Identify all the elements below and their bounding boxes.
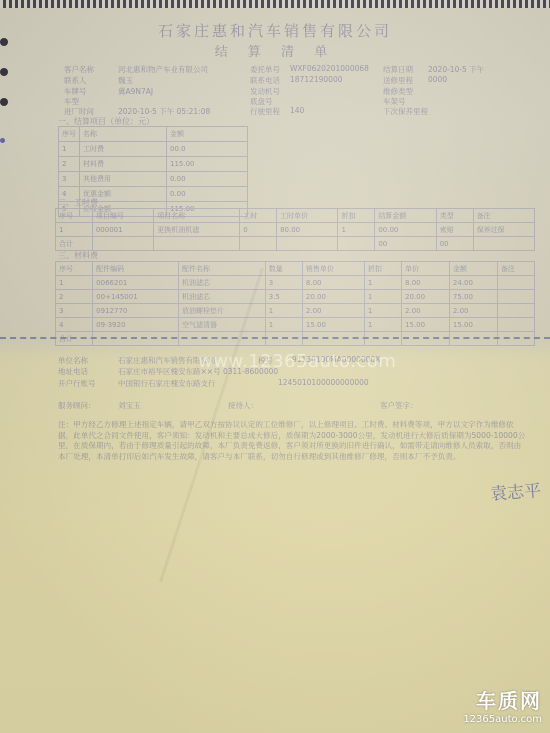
sprocket-hole <box>0 68 8 76</box>
info-value: 魏玉 <box>118 75 133 86</box>
info-label: 下次保养里程 <box>383 106 428 117</box>
info-label: 客户名称 <box>64 64 94 75</box>
perforation-line <box>0 337 550 339</box>
table-row: 10066201机油滤芯38.0018.0024.00 <box>56 276 535 290</box>
parts-section-title: 三、材料费 <box>58 250 98 261</box>
company-name: 石家庄惠和汽车销售有限公司 <box>0 20 550 41</box>
footer-label: 开户行账号 <box>58 378 96 389</box>
sprocket-hole <box>0 98 8 106</box>
info-value: 河北惠和物产车业有限公司 <box>118 64 208 75</box>
info-label: 行驶里程 <box>250 106 280 117</box>
info-value: 0000 <box>428 75 447 84</box>
table-total-row: 合计 00 00 <box>56 237 535 251</box>
cashier-label: 接待人： <box>228 400 258 411</box>
labor-section-title: 二、工时费 <box>58 197 98 208</box>
logo-name: 车质网 <box>463 685 542 714</box>
table-row: 30912770放油螺栓垫片12.0012.002.00 <box>56 304 535 318</box>
table-row: 1工时费00.0 <box>59 142 248 157</box>
advisor-name: 刘宝玉 <box>118 400 141 411</box>
table-row: 409-3920空气滤清器115.00115.0015.00 <box>56 318 535 332</box>
table-header: 序号 配件编码 配件名称 数量 销售单价 折扣 单价 金额 备注 <box>56 262 535 276</box>
info-label: 结算日期 <box>383 64 413 75</box>
labor-table: 序号 项目编号 项目名称 工时 工时单价 折扣 结算金额 类型 备注 1 000… <box>55 208 535 251</box>
footer-value: 1245010100000000000 <box>278 378 369 387</box>
table-header: 序号 项目编号 项目名称 工时 工时单价 折扣 结算金额 类型 备注 <box>56 209 535 223</box>
footer-label: 地址电话 <box>58 366 88 377</box>
advisor-label: 服务顾问： <box>58 400 96 411</box>
footer-label: 单位名称 <box>58 355 88 366</box>
table-row: 200+145001机油滤芯3.520.00120.0075.00 <box>56 290 535 304</box>
site-logo: 车质网 12365auto.com <box>463 685 542 725</box>
table-row: 2材料费115.00 <box>59 157 248 172</box>
paper-edge <box>0 0 550 8</box>
footer-value: 中国银行石家庄槐安东路支行 <box>118 378 216 389</box>
info-value: 2020-10-5 下午 <box>428 64 484 75</box>
info-value: 140 <box>290 106 304 115</box>
info-value: WXF0620201000068 <box>290 64 369 73</box>
table-row: 1 000001 更换机油机滤 0 80.00 1 00.00 索赔 保养过保 <box>56 223 535 237</box>
parts-table: 序号 配件编码 配件名称 数量 销售单价 折扣 单价 金额 备注 1006620… <box>55 261 535 346</box>
sprocket-hole <box>0 138 5 143</box>
handwritten-signature: 袁志平 <box>489 476 542 504</box>
table-header: 序号 名称 金额 <box>59 127 248 142</box>
logo-url: 12365auto.com <box>463 714 542 725</box>
info-label: 联系人 <box>64 75 87 86</box>
customer-sign-label: 客户签字： <box>380 400 418 411</box>
info-label: 联系电话 <box>250 75 280 86</box>
info-value: 18712190000 <box>290 75 343 84</box>
document-title: 结 算 清 单 <box>0 41 550 60</box>
terms-paragraph: 注：甲方经乙方修理上述指定车辆，请甲乙双方按协议认定的工位维修厂，以上修理项目、… <box>58 420 528 462</box>
info-label: 送修里程 <box>383 75 413 86</box>
document-photo: 石家庄惠和汽车销售有限公司 结 算 清 单 客户名称 河北惠和物产车业有限公司 … <box>0 0 550 733</box>
table-row: 3其他费用0.00 <box>59 172 248 187</box>
info-label: 委托单号 <box>250 64 280 75</box>
info-value: 冀A9N7AJ <box>118 86 153 97</box>
